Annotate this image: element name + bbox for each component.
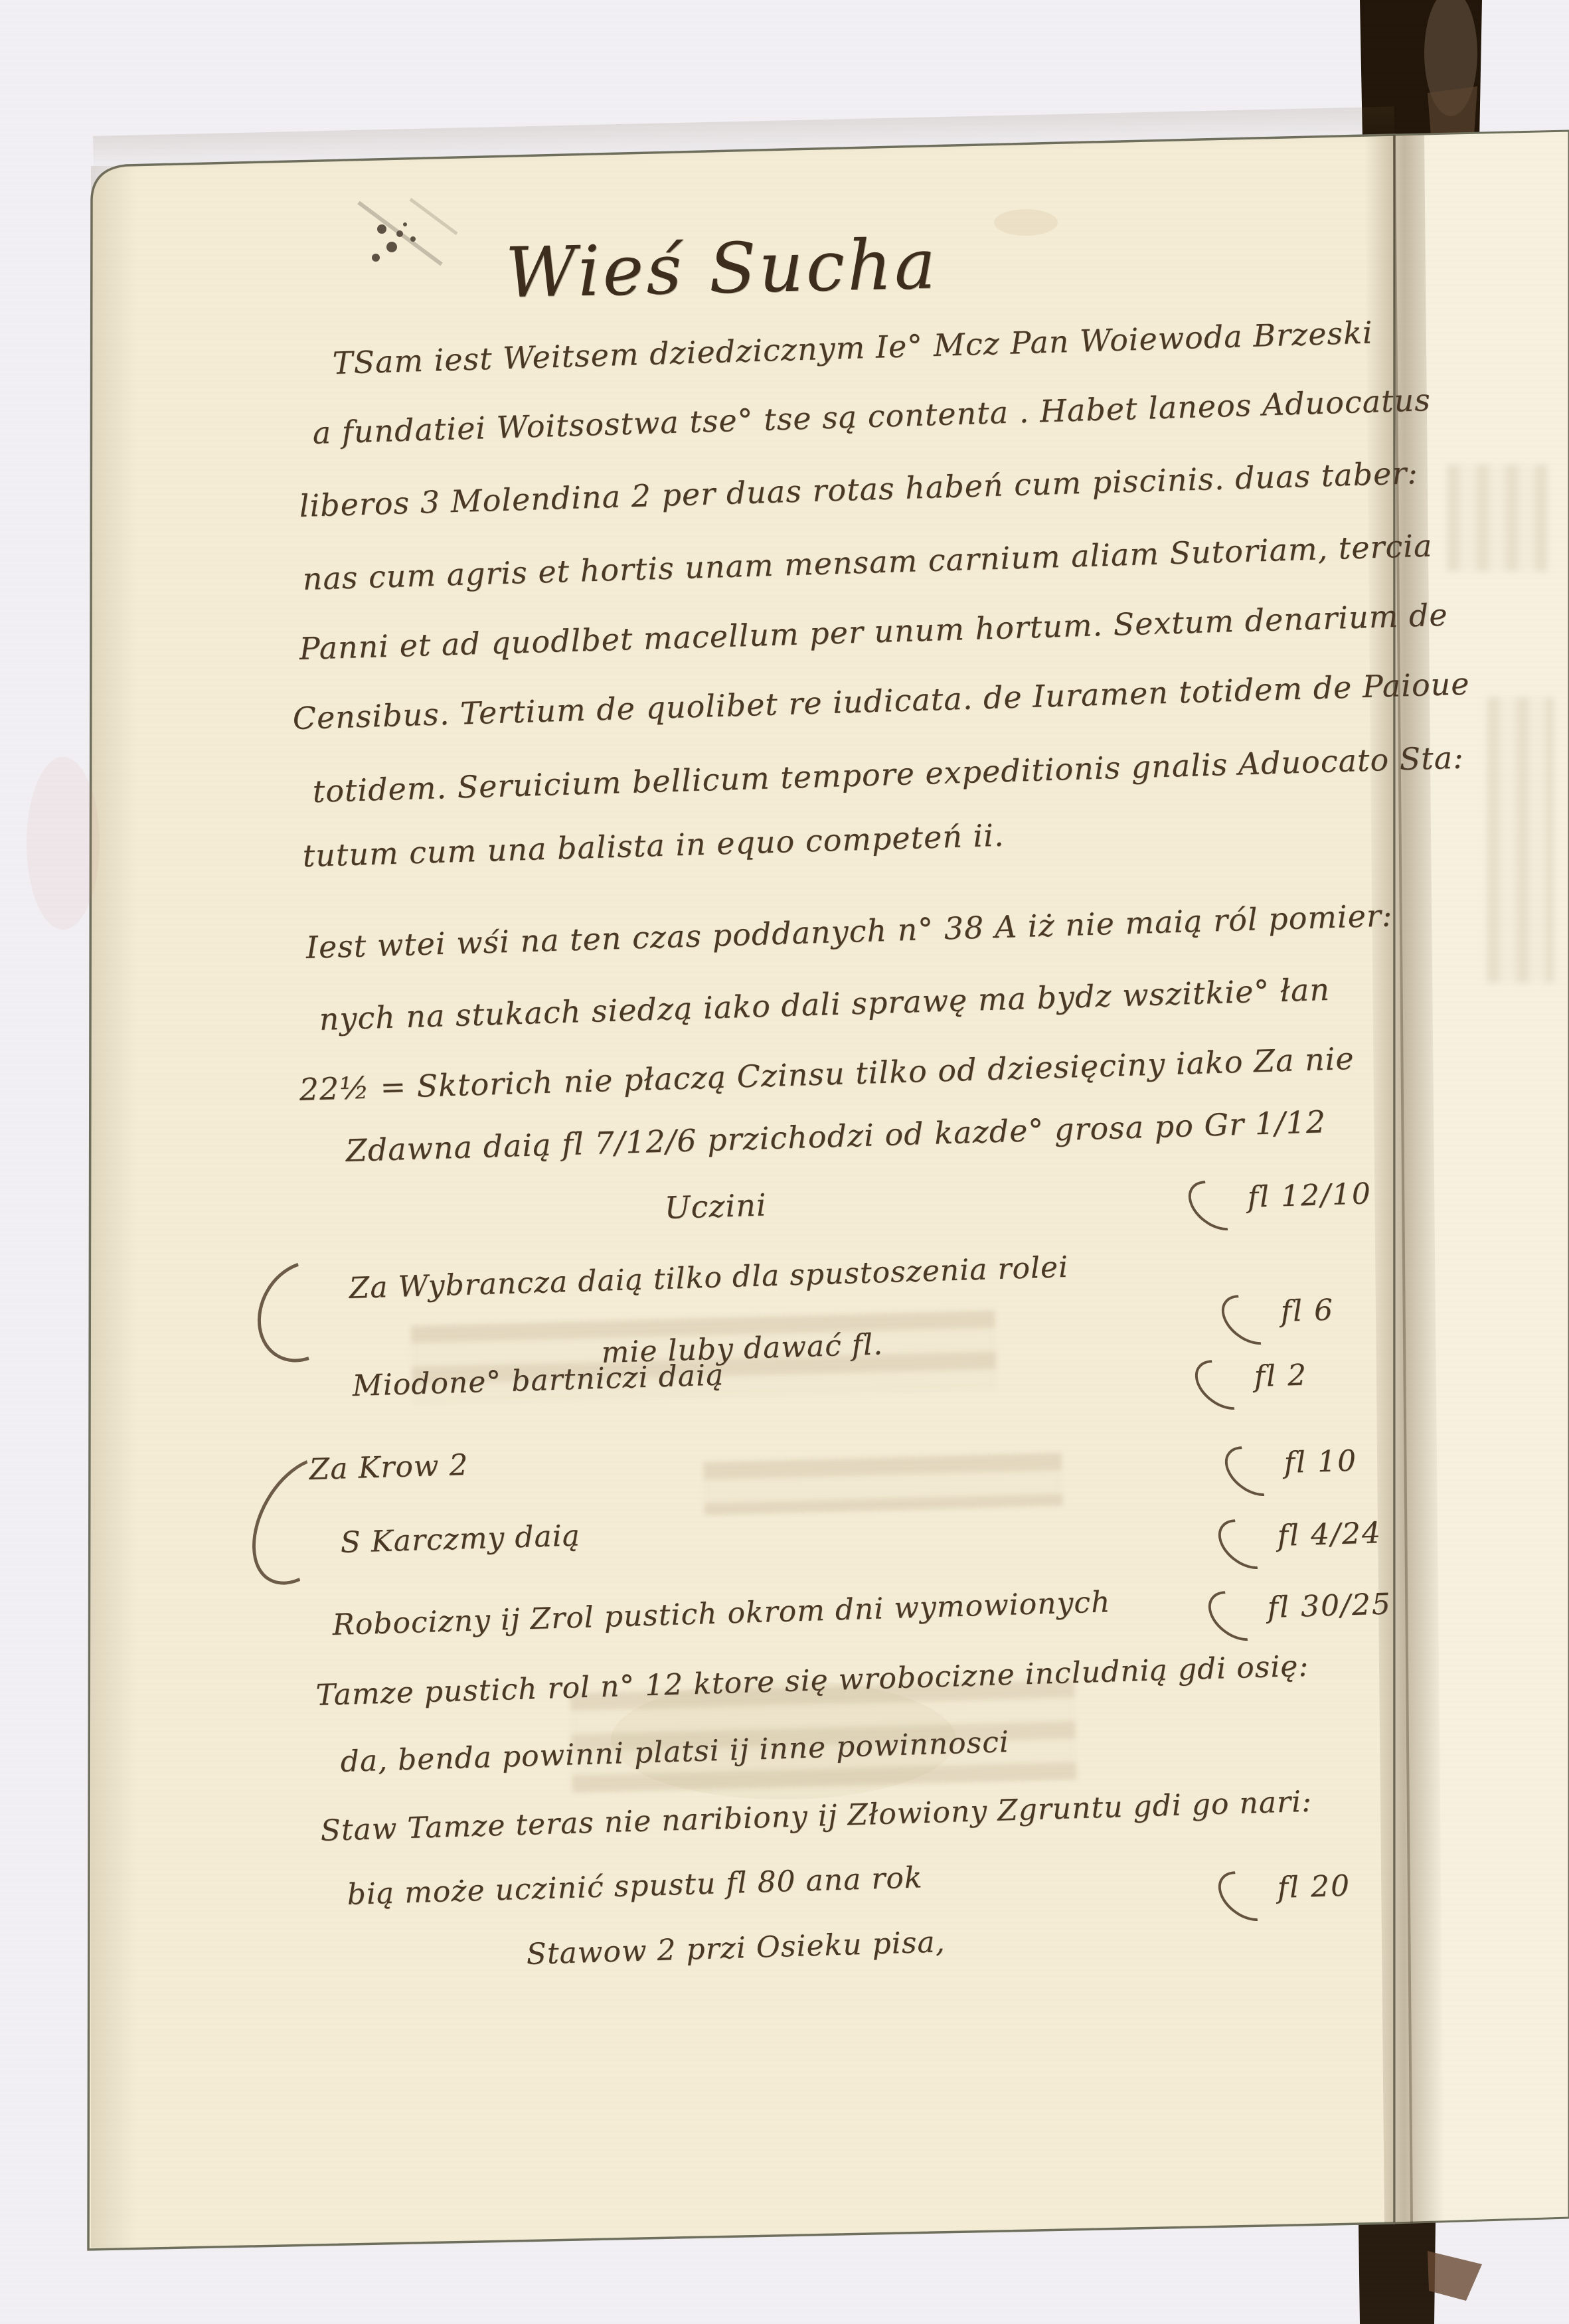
binding-strip-bottom (1359, 2221, 1436, 2324)
amount-value: fl 30/25 (1267, 1587, 1392, 1625)
amount-value: fl 6 (1280, 1293, 1335, 1329)
margin-stain (27, 757, 100, 930)
sum-label: Uczini (664, 1187, 767, 1226)
entry-label: S Karczmy daią (340, 1519, 581, 1560)
amount-row: fl 30/25 (1208, 1586, 1392, 1632)
bleedthrough-text (1447, 465, 1547, 571)
amount-value: fl 10 (1283, 1444, 1358, 1480)
amount-row: fl 4/24 (1218, 1515, 1382, 1560)
entry-label: Za Krow 2 (309, 1448, 469, 1487)
amount-value: fl 12/10 (1247, 1177, 1372, 1214)
amount-row: fl 10 (1225, 1442, 1358, 1487)
amount-row: fl 2 (1195, 1357, 1308, 1401)
bleedthrough-text (1487, 697, 1554, 983)
amount-value: fl 20 (1277, 1869, 1351, 1905)
bleedthrough-text (703, 1453, 1063, 1515)
amount-row: fl 6 (1222, 1291, 1335, 1336)
paper-stain (994, 209, 1058, 236)
amount-row: fl 12/10 (1189, 1175, 1372, 1222)
amount-value: fl 4/24 (1277, 1516, 1382, 1553)
left-edge-shading (91, 166, 137, 2248)
amount-value: fl 2 (1254, 1359, 1308, 1394)
manuscript-scan: Wieś Sucha TSam iest Weitsem dziedziczny… (0, 0, 1569, 2324)
binding-wear-top (1428, 86, 1477, 136)
amount-row: fl 20 (1218, 1867, 1351, 1912)
page-title: Wieś Sucha (505, 223, 939, 313)
